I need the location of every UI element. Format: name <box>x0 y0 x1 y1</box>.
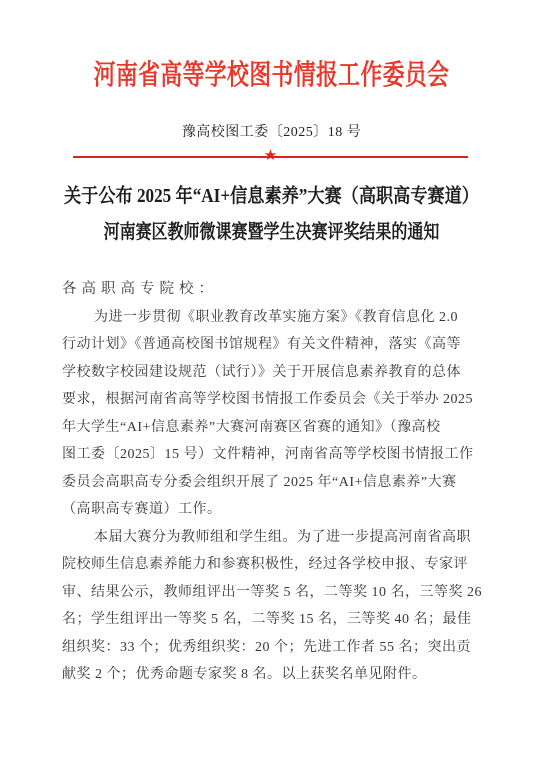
doc-number: 豫高校图工委〔2025〕18 号 <box>0 124 543 141</box>
paragraph-line: 要求，根据河南省高等学校图书情报工作委员会《关于举办 2025 <box>62 386 468 414</box>
paragraph-line: 献奖 2 个；优秀命题专家奖 8 名。以上获奖名单见附件。 <box>62 661 468 689</box>
document-page: 河南省高等学校图书情报工作委员会 豫高校图工委〔2025〕18 号 ★ 关于公布… <box>0 0 543 768</box>
salutation: 各高职高专院校： <box>62 276 468 304</box>
paragraph-line: 委员会高职高专分委会组织开展了 2025 年“AI+信息素养”大赛 <box>62 469 468 497</box>
body-paragraphs: 为进一步贯彻《职业教育改革实施方案》《教育信息化 2.0行动计划》《普通高校图书… <box>62 304 468 689</box>
paragraph-line: 为进一步贯彻《职业教育改革实施方案》《教育信息化 2.0 <box>62 304 468 332</box>
paragraph-line: 院校师生信息素养能力和参赛积极性，经过各学校申报、专家评 <box>62 551 468 579</box>
document-title-line1: 关于公布 2025 年“AI+信息素养”大赛（高职高专赛道） <box>33 179 511 215</box>
paragraph-line: 年大学生“AI+信息素养”大赛河南赛区省赛的通知》（豫高校 <box>62 414 468 442</box>
document-title: 关于公布 2025 年“AI+信息素养”大赛（高职高专赛道） 河南赛区教师微课赛… <box>0 179 543 251</box>
paragraph-line: 行动计划》《普通高校图书馆规程》有关文件精神，落实《高等 <box>62 331 468 359</box>
paragraph-line: 审、结果公示，教师组评出一等奖 5 名，二等奖 10 名，三等奖 26 <box>62 579 468 607</box>
paragraph-line: 本届大赛分为教师组和学生组。为了进一步提高河南省高职 <box>62 524 468 552</box>
paragraph-line: 组织奖：33 个；优秀组织奖：20 个；先进工作者 55 名；突出贡 <box>62 634 468 662</box>
document-title-line2: 河南赛区教师微课赛暨学生决赛评奖结果的通知 <box>49 215 494 251</box>
star-icon: ★ <box>264 148 277 163</box>
paragraph-line: （高职高专赛道）工作。 <box>62 496 468 524</box>
body-text: 各高职高专院校： 为进一步贯彻《职业教育改革实施方案》《教育信息化 2.0行动计… <box>62 276 468 689</box>
paragraph-line: 学校数字校园建设规范（试行）》关于开展信息素养教育的总体 <box>62 359 468 387</box>
paragraph-line: 图工委〔2025〕15 号）文件精神，河南省高等学校图书情报工作 <box>62 441 468 469</box>
red-divider-line: ★ <box>73 156 468 158</box>
paragraph-line: 名；学生组评出一等奖 5 名，二等奖 15 名，三等奖 40 名；最佳 <box>62 606 468 634</box>
org-title: 河南省高等学校图书情报工作委员会 <box>60 58 484 91</box>
